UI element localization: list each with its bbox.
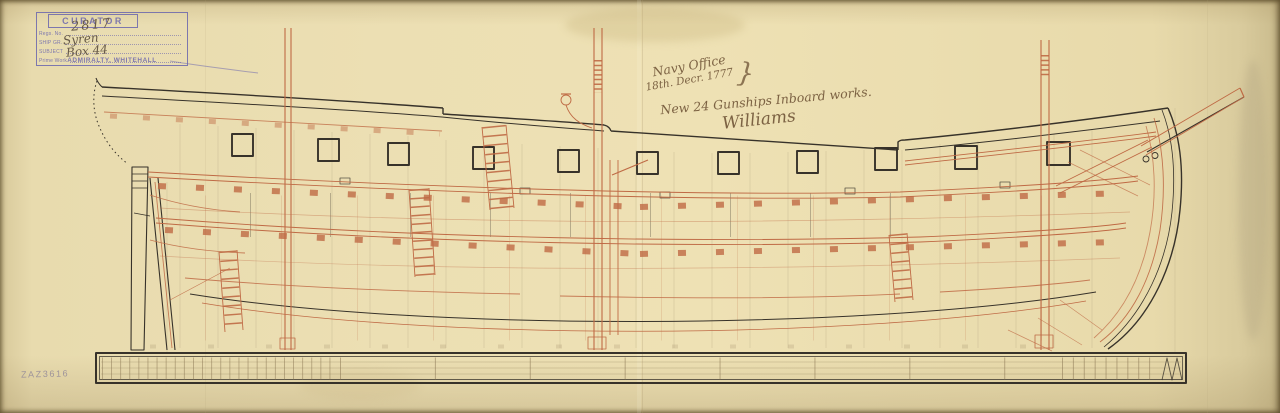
fore-mast <box>1035 40 1053 350</box>
ship-inboard-profile-drawing <box>0 0 1280 413</box>
ladders <box>219 125 913 332</box>
sternpost <box>150 178 175 350</box>
pumps <box>610 160 648 335</box>
stamp-footer: ADMIRALTY, WHITEHALL <box>37 57 187 64</box>
stamp-field-label: SHIP GR. <box>39 40 62 46</box>
ship-plan-sheet: CURATOR Regs. No. SHIP GR. SUBJECT Prime… <box>0 0 1280 413</box>
stamp-field-label: SUBJECT <box>39 49 63 55</box>
gun-ports <box>232 134 1070 174</box>
curator-stamp: CURATOR Regs. No. SHIP GR. SUBJECT Prime… <box>36 12 188 66</box>
inscription-brace: } <box>735 57 755 90</box>
hawse-holes <box>1143 153 1158 163</box>
catalog-number-stamp: ZAZ3616 <box>21 368 69 379</box>
lower-deck <box>156 218 1126 254</box>
mizzen-mast <box>280 28 295 350</box>
upper-deck <box>148 172 1138 207</box>
keel-and-scale-bar <box>96 347 1186 384</box>
main-mast <box>588 28 606 350</box>
rudder <box>131 167 150 350</box>
stem <box>1104 108 1182 349</box>
bow-interior <box>1008 118 1163 351</box>
stamp-field-label: Regs. No. <box>39 31 63 37</box>
hatch-coamings <box>340 178 1010 198</box>
